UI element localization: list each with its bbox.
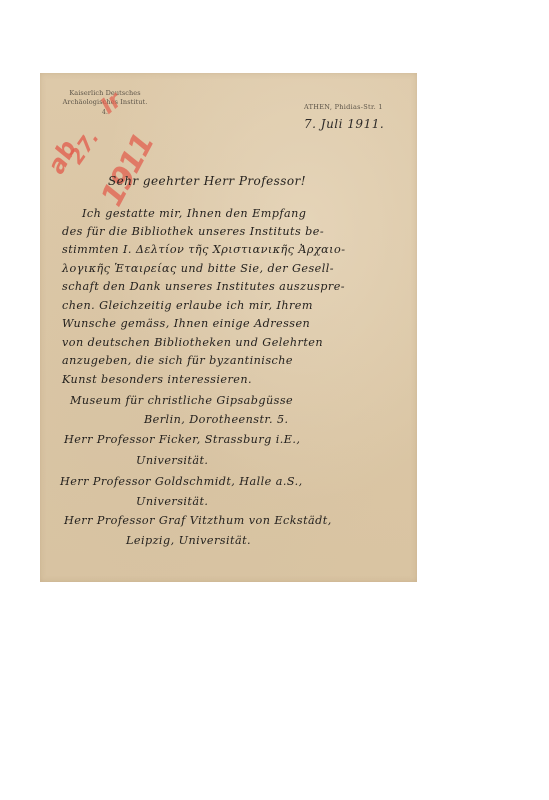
salutation: Sehr geehrter Herr Professor! xyxy=(108,174,306,188)
letter-body: Sehr geehrter Herr Professor! Ich gestat… xyxy=(40,73,417,582)
body-line: Kunst besonders interessieren. xyxy=(62,373,252,386)
address-line: Universität. xyxy=(136,454,208,467)
address-line: Museum für christliche Gipsabgüsse xyxy=(70,394,293,407)
letter-page: Kaiserlich Deutsches Archäologisches Ins… xyxy=(40,73,417,582)
body-line: Ich gestatte mir, Ihnen den Empfang xyxy=(82,207,306,220)
body-line: chen. Gleichzeitig erlaube ich mir, Ihre… xyxy=(62,299,313,312)
address-line: Universität. xyxy=(136,495,208,508)
address-line: Herr Professor Ficker, Strassburg i.E., xyxy=(64,433,300,446)
body-line: schaft den Dank unseres Institutes auszu… xyxy=(62,280,345,293)
body-line: Wunsche gemäss, Ihnen einige Adressen xyxy=(62,317,310,330)
body-line: stimmten I. Δελτίον τῆς Χριστιανικῆς Ἀρχ… xyxy=(62,243,345,256)
address-line: Leipzig, Universität. xyxy=(126,534,251,547)
body-line: anzugeben, die sich für byzantinische xyxy=(62,354,293,367)
body-line: von deutschen Bibliotheken und Gelehrten xyxy=(62,336,323,349)
body-line: des für die Bibliothek unseres Instituts… xyxy=(62,225,324,238)
address-line: Herr Professor Graf Vitzthum von Eckstäd… xyxy=(64,514,332,527)
address-line: Berlin, Dorotheenstr. 5. xyxy=(144,413,289,426)
address-line: Herr Professor Goldschmidt, Halle a.S., xyxy=(60,475,303,488)
body-line: λογικῆς Ἑταιρείας und bitte Sie, der Ges… xyxy=(62,262,334,275)
